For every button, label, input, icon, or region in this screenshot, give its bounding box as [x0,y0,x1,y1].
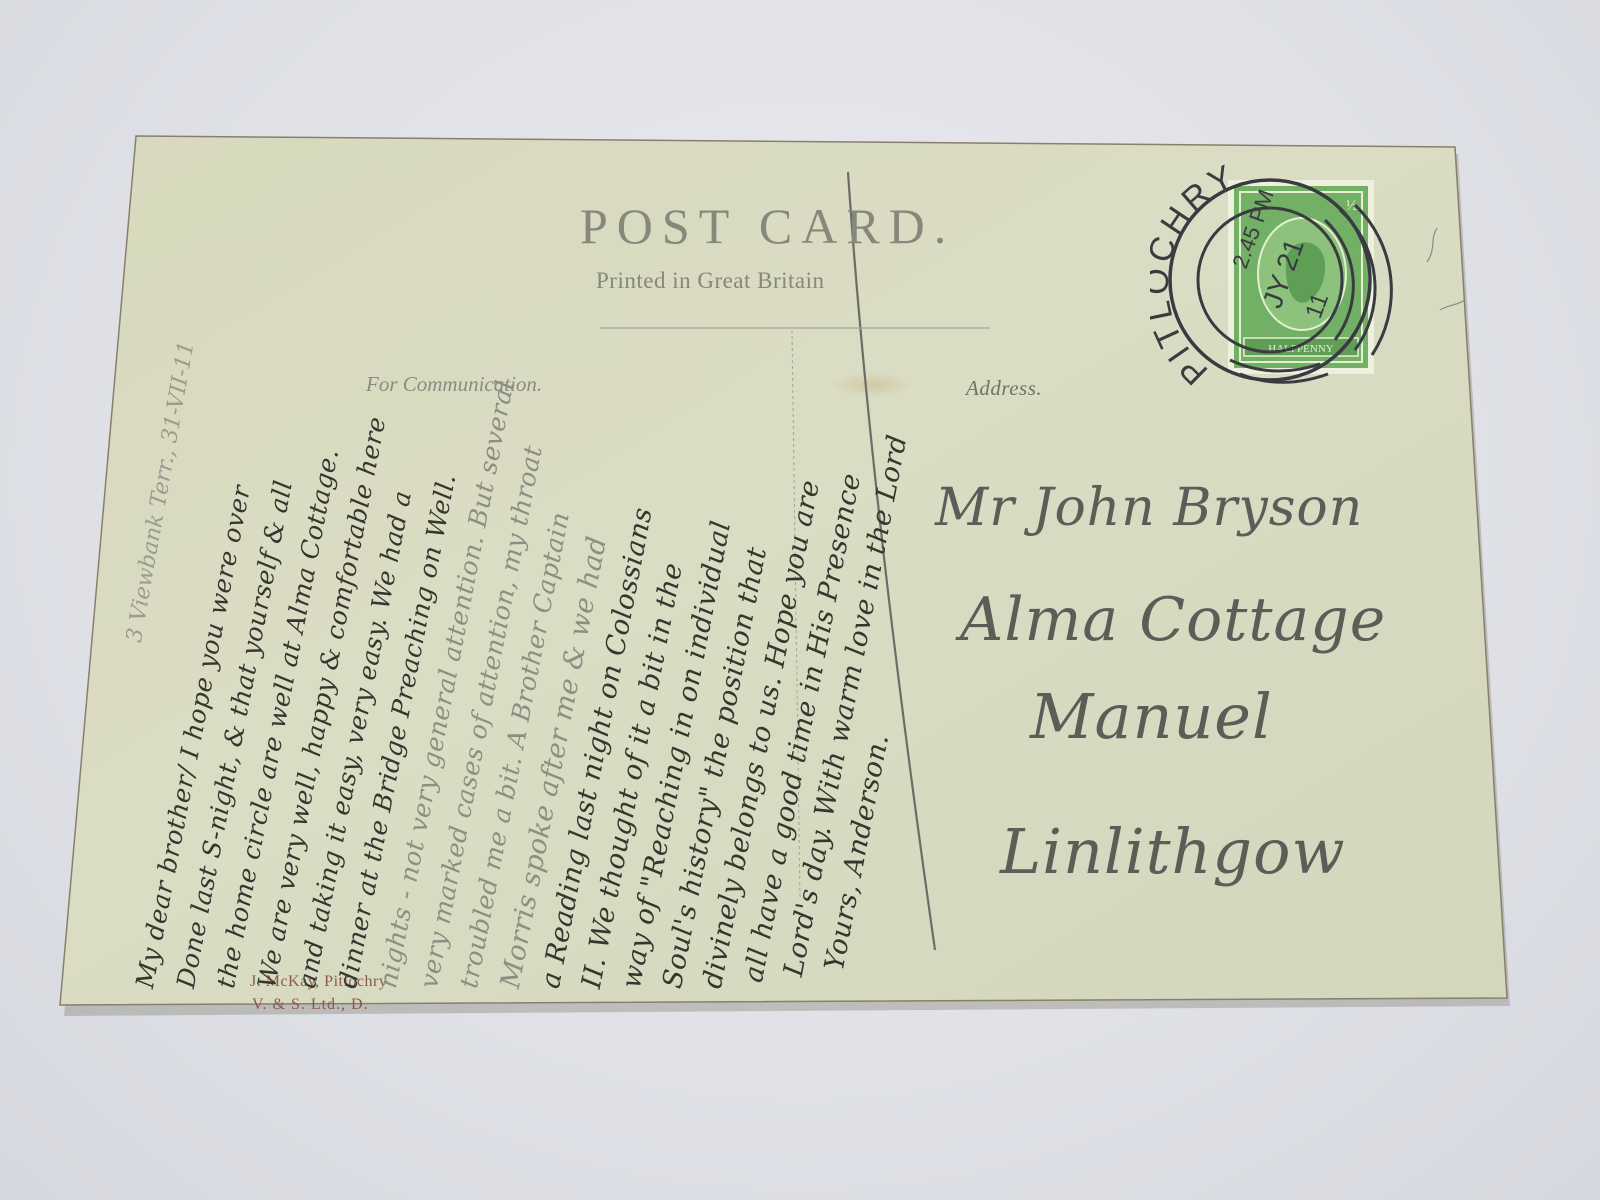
postcard-title: POST CARD. [580,197,955,255]
address-label: Address. [966,376,1042,401]
postcard: POST CARD. Printed in Great Britain For … [0,0,1600,1200]
address-line-village: Manuel [1030,680,1273,753]
printed-in-label: Printed in Great Britain [596,268,825,294]
address-line-town: Linlithgow [1000,815,1346,888]
svg-text:PITLOCHRY: PITLOCHRY [1150,160,1243,392]
printer-credit: V. & S. Ltd., D. [252,996,369,1014]
postmark-year: 11 [1300,289,1334,322]
postmark-town: PITLOCHRY [1150,160,1243,392]
postmark-date: JY 21 [1257,235,1310,312]
address-line-house: Alma Cottage [960,585,1386,655]
address-line-name: Mr John Bryson [935,478,1363,538]
postmark-cancellation: PITLOCHRY 2.45 PM JY 21 11 [1150,160,1410,400]
